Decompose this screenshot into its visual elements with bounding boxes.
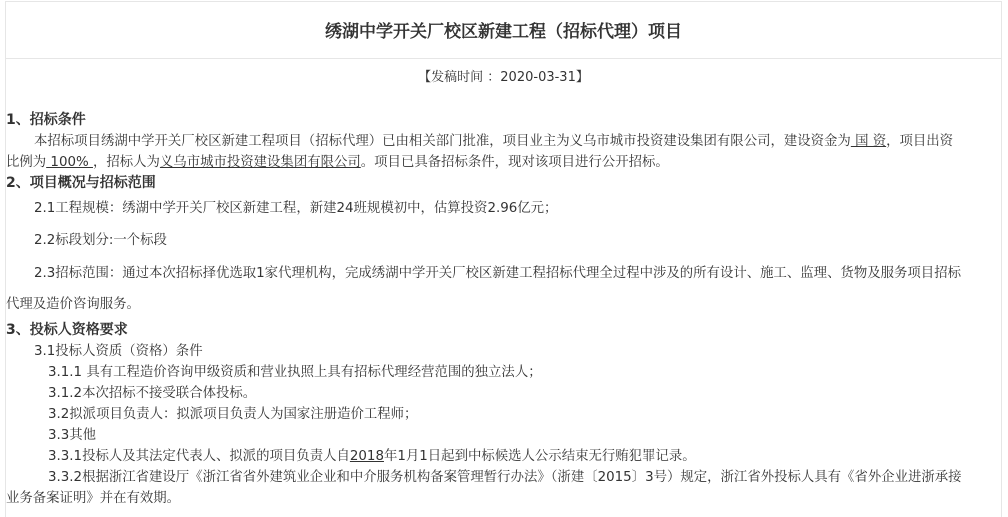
item-3-2: 3.2拟派项目负责人：拟派项目负责人为国家注册造价工程师；: [6, 404, 998, 425]
item-3-1: 3.1投标人资质（资格）条件: [6, 341, 998, 362]
year-2018: 2018: [350, 449, 384, 464]
publish-date: 【发稿时间 ：2020-03-31】: [5, 66, 1002, 86]
text-span: ，招标人为: [93, 155, 160, 170]
item-3-3: 3.3其他: [6, 425, 998, 446]
item-3-3-2-line1: 3.3.2根据浙江省建设厅《浙江省省外建筑业企业和中介服务机构备案管理暂行办法》…: [6, 467, 998, 488]
item-3-1-2: 3.1.2本次招标不接受联合体投标。: [6, 383, 998, 404]
item-3-3-1: 3.3.1投标人及其法定代表人、拟派的项目负责人自2018年1月1日起到中标候选…: [6, 446, 998, 467]
text-span: 3.3.1投标人及其法定代表人、拟派的项目负责人自: [48, 449, 350, 464]
section-heading-bidder-qualifications: 3、投标人资格要求: [6, 320, 998, 341]
item-3-3-2-line2: 业务备案证明》并在有效期。: [6, 488, 998, 509]
item-3-1-1: 3.1.1 具有工程造价咨询甲级资质和营业执照上具有招标代理经营范围的独立法人；: [6, 362, 998, 383]
tenderer-name: 义乌市城市投资建设集团有限公司: [160, 155, 361, 170]
text-span: 比例为: [6, 155, 46, 170]
item-2-1: 2.1工程规模：绣湖中学开关厂校区新建工程，新建24班规模初中，估算投资2.96…: [6, 194, 998, 224]
article-title: 绣湖中学开关厂校区新建工程（招标代理）项目: [325, 17, 682, 42]
paragraph-line: 比例为 100% ，招标人为义乌市城市投资建设集团有限公司。项目已具备招标条件，…: [6, 152, 998, 173]
title-bar: 绣湖中学开关厂校区新建工程（招标代理）项目: [5, 1, 1002, 59]
item-2-2: 2.2标段划分:一个标段: [6, 224, 998, 257]
text-span: 。项目已具备招标条件，现对该项目进行公开招标。: [361, 155, 669, 170]
paragraph-line: 本招标项目绣湖中学开关厂校区新建工程项目（招标代理）已由相关部门批准，项目业主为…: [6, 131, 998, 152]
item-2-3-line2: 代理及造价咨询服务。: [6, 290, 998, 320]
funding-ratio: 100%: [46, 155, 93, 170]
text-span: 年1月1日起到中标候选人公示结束无行贿犯罪记录。: [384, 449, 696, 464]
article-body: 1、招标条件 本招标项目绣湖中学开关厂校区新建工程项目（招标代理）已由相关部门批…: [6, 110, 998, 509]
section-heading-tender-conditions: 1、招标条件: [6, 110, 998, 131]
item-2-3-line1: 2.3招标范围：通过本次招标择优选取1家代理机构，完成绣湖中学开关厂校区新建工程…: [6, 257, 998, 290]
funding-source: 国 资: [851, 134, 886, 149]
text-span: 本招标项目绣湖中学开关厂校区新建工程项目（招标代理）已由相关部门批准，项目业主为…: [34, 134, 851, 149]
text-span: ，项目出资: [886, 134, 953, 149]
section-heading-project-overview: 2、项目概况与招标范围: [6, 173, 998, 194]
